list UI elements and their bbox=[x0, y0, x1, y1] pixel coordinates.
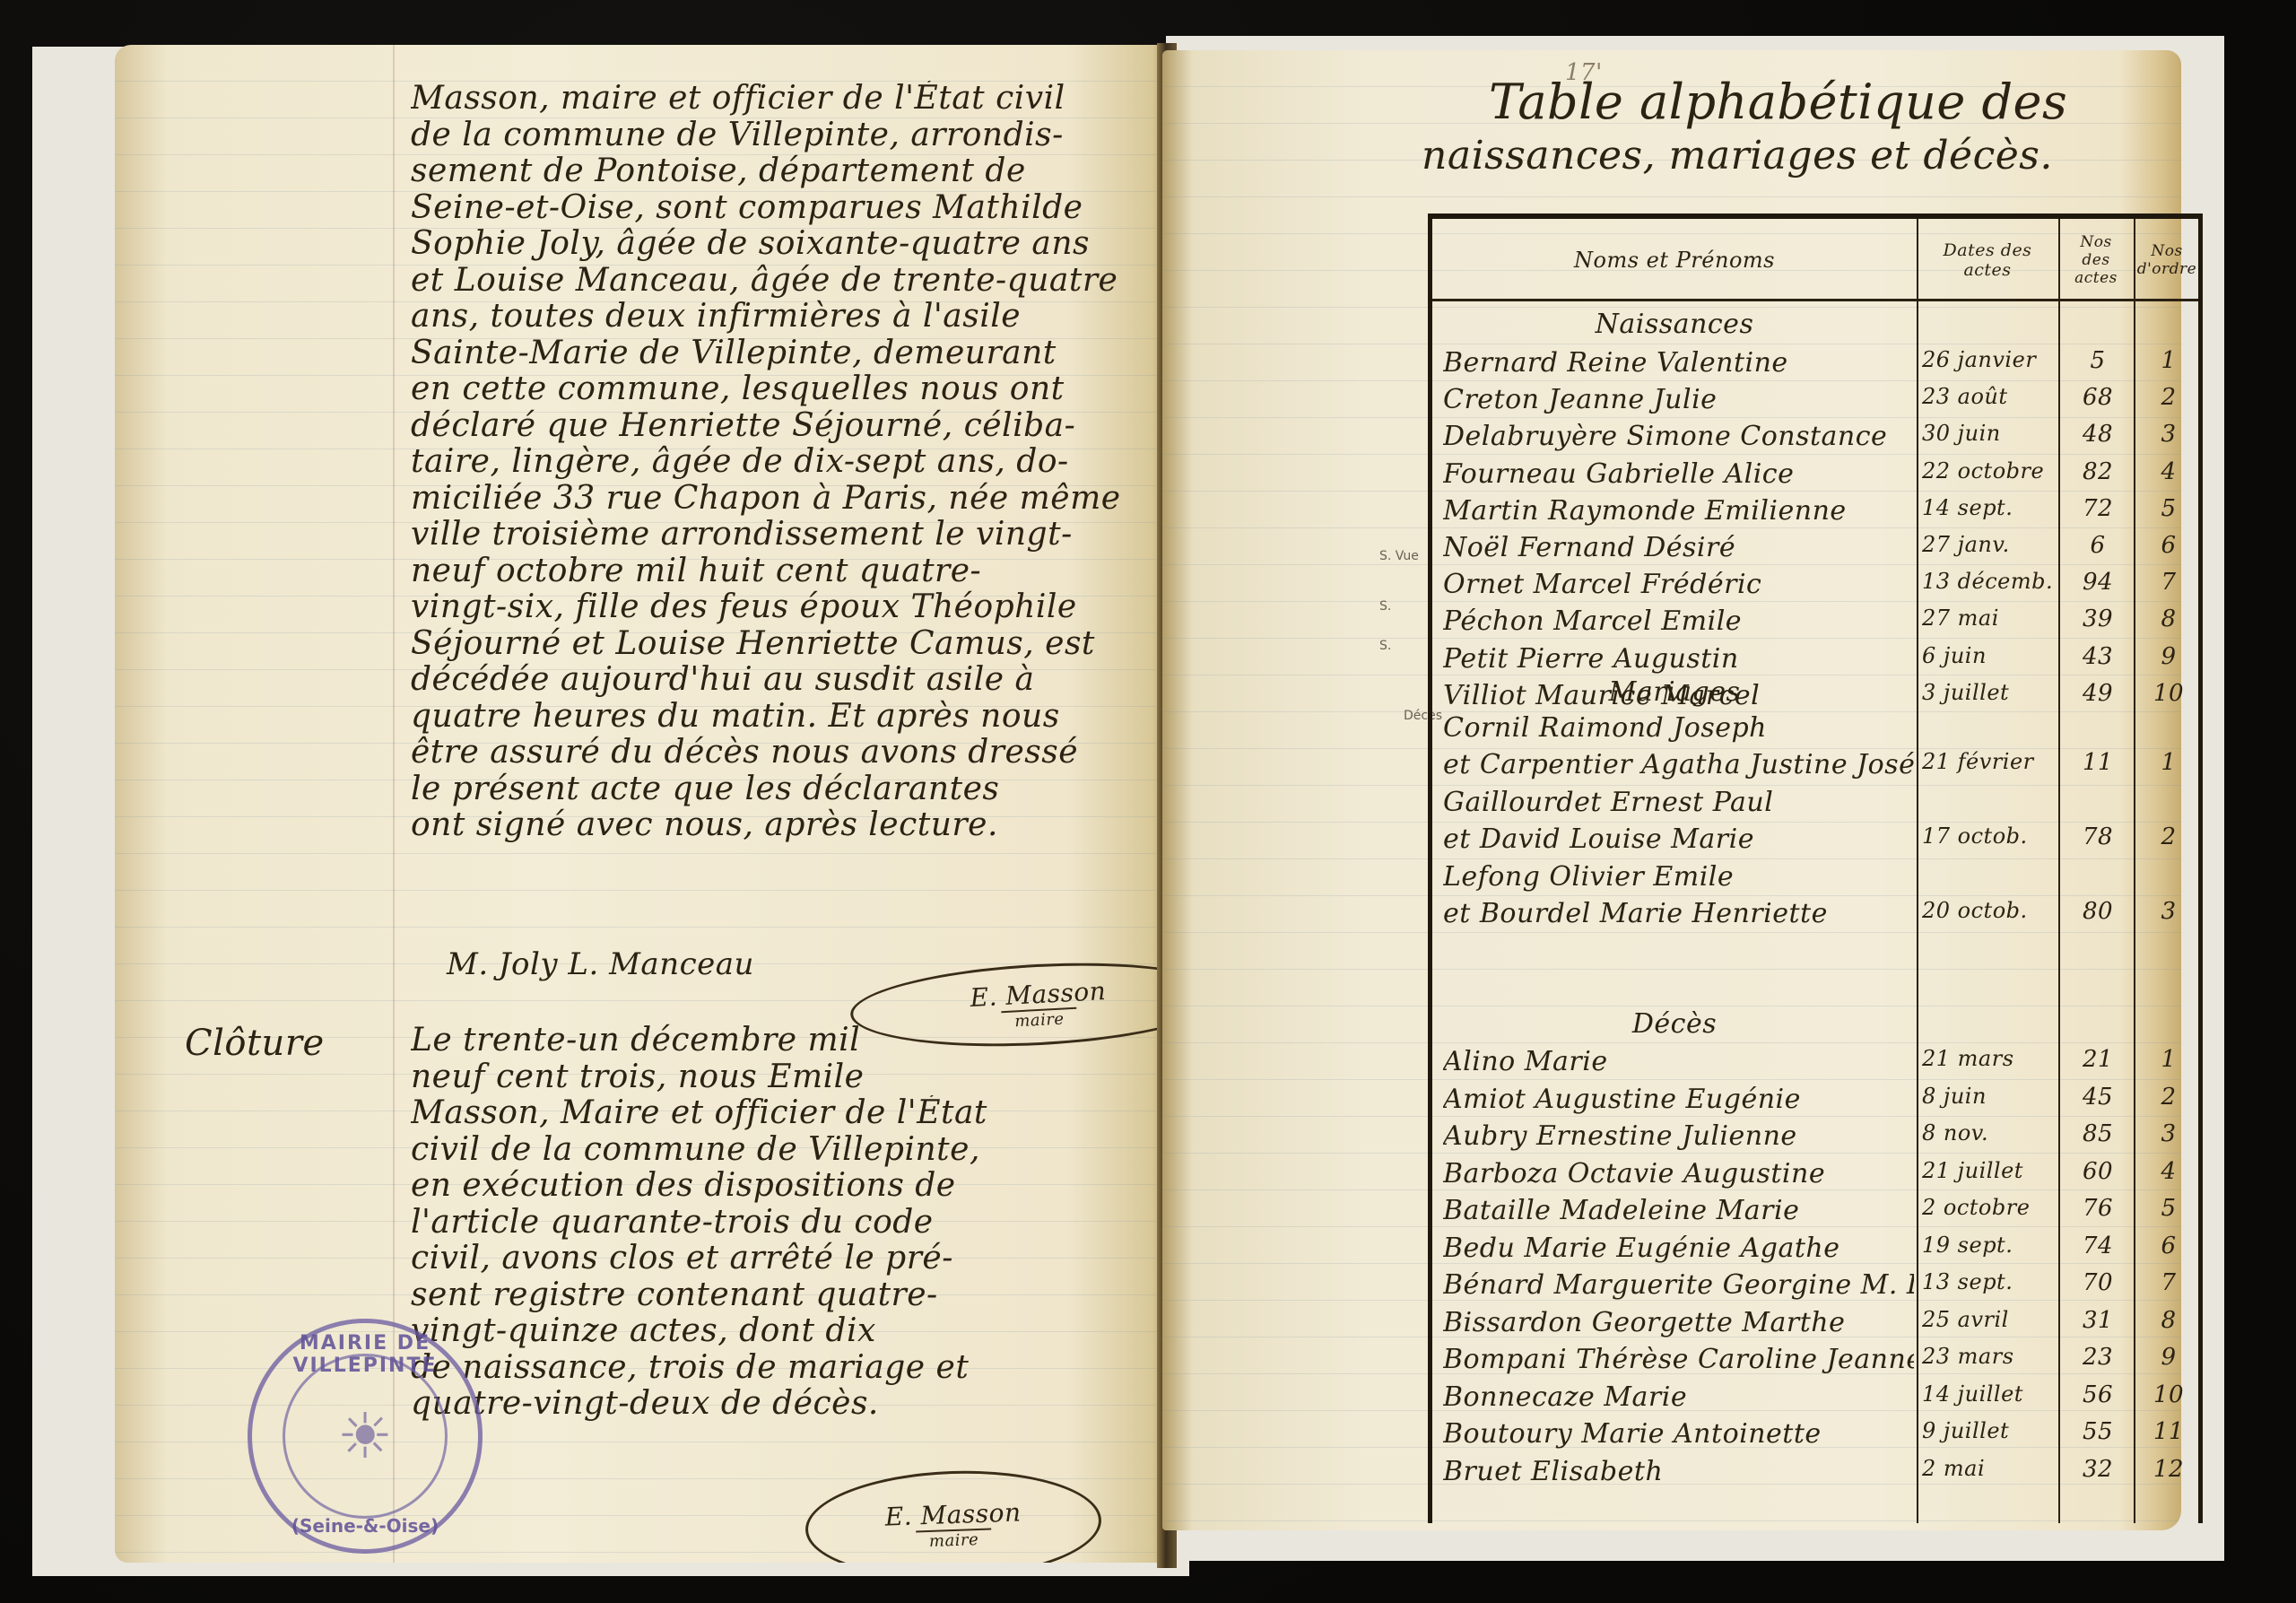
entry-act-number: 49 bbox=[2060, 680, 2135, 707]
entry-name: Lefong Olivier Emile bbox=[1443, 861, 1914, 893]
entry-name: Bruet Elisabeth bbox=[1443, 1456, 1914, 1487]
entry-act-number: 70 bbox=[2060, 1269, 2135, 1296]
entry-order-number: 4 bbox=[2137, 458, 2200, 485]
entry-name: Bonnecaze Marie bbox=[1443, 1381, 1914, 1413]
entry-order-number: 3 bbox=[2137, 421, 2200, 448]
entry-date: 13 sept. bbox=[1922, 1269, 2055, 1294]
entry-date: 26 janvier bbox=[1922, 347, 2055, 372]
entry-order-number: 9 bbox=[2137, 1344, 2200, 1371]
act-line: et Louise Manceau, âgée de trente-quatre bbox=[411, 263, 1155, 300]
table-row: Delabruyère Simone Constance30 juin483 bbox=[1432, 421, 2198, 457]
entry-date: 9 juillet bbox=[1922, 1418, 2055, 1443]
entry-date: 23 août bbox=[1922, 384, 2055, 409]
table-row: Ornet Marcel Frédéric13 décemb.947 bbox=[1432, 569, 2198, 605]
cloture-margin-label: Clôture bbox=[185, 1023, 325, 1064]
entry-act-number: 48 bbox=[2060, 421, 2135, 448]
act-line: ont signé avec nous, après lecture. bbox=[411, 807, 1155, 844]
entry-name: Gaillourdet Ernest Paul bbox=[1443, 787, 1914, 818]
entry-act-number: 60 bbox=[2060, 1158, 2135, 1185]
act-line: quatre heures du matin. Et après nous bbox=[411, 699, 1155, 736]
entry-date: 13 décemb. bbox=[1922, 569, 2055, 594]
table-row: Noël Fernand Désiré27 janv.66 bbox=[1432, 532, 2198, 568]
entry-name: Bedu Marie Eugénie Agathe bbox=[1443, 1233, 1914, 1264]
act-line: ans, toutes deux infirmières à l'asile bbox=[411, 299, 1155, 335]
table-row: Barboza Octavie Augustine21 juillet604 bbox=[1432, 1158, 2198, 1194]
table-row: Bernard Reine Valentine26 janvier51 bbox=[1432, 347, 2198, 383]
act-line: déclaré que Henriette Séjourné, céliba- bbox=[411, 408, 1155, 445]
act-line: décédée aujourd'hui au susdit asile à bbox=[411, 662, 1155, 699]
header-act-numbers-top: Nos bbox=[2080, 233, 2111, 251]
table-row: Bénard Marguerite Georgine M. L.13 sept.… bbox=[1432, 1269, 2198, 1305]
entry-act-number: 31 bbox=[2060, 1307, 2135, 1334]
entry-name: et Carpentier Agatha Justine Joséphine bbox=[1443, 749, 1914, 780]
entry-name: Ornet Marcel Frédéric bbox=[1443, 569, 1914, 600]
entry-date: 30 juin bbox=[1922, 421, 2055, 446]
entry-name: Petit Pierre Augustin bbox=[1443, 643, 1914, 675]
closure-line: sent registre contenant quatre- bbox=[411, 1277, 1155, 1314]
table-row: et David Louise Marie17 octob.782 bbox=[1432, 823, 2198, 859]
entry-name: Bompani Thérèse Caroline Jeanne bbox=[1443, 1344, 1914, 1375]
entry-date: 2 mai bbox=[1922, 1456, 2055, 1481]
header-act-numbers-bottom: des actes bbox=[2058, 251, 2134, 287]
act-line: sement de Pontoise, département de bbox=[411, 153, 1155, 190]
table-header: Noms et Prénoms Dates des actes Nos des … bbox=[1432, 219, 2198, 301]
entry-date: 6 juin bbox=[1922, 643, 2055, 668]
entry-act-number: 56 bbox=[2060, 1381, 2135, 1408]
table-row: Petit Pierre Augustin6 juin439 bbox=[1432, 643, 2198, 679]
entry-order-number: 2 bbox=[2137, 823, 2200, 850]
entry-date: 22 octobre bbox=[1922, 458, 2055, 484]
index-subtitle: naissances, mariages et décès. bbox=[1422, 133, 2053, 179]
closure-line: de naissance, trois de mariage et bbox=[411, 1350, 1155, 1387]
entry-act-number: 85 bbox=[2060, 1120, 2135, 1147]
town-hall-stamp: MAIRIE DE VILLEPINTE ☀ (Seine-&-Oise) bbox=[248, 1319, 483, 1554]
table-row: Fourneau Gabrielle Alice22 octobre824 bbox=[1432, 458, 2198, 494]
entry-act-number: 76 bbox=[2060, 1195, 2135, 1222]
table-row: Bruet Elisabeth2 mai3212 bbox=[1432, 1456, 2198, 1492]
stamp-bottom-text: (Seine-&-Oise) bbox=[252, 1515, 478, 1537]
closure-line: l'article quarante-trois du code bbox=[411, 1205, 1155, 1241]
act-line: Sainte-Marie de Villepinte, demeurant bbox=[411, 335, 1155, 372]
entry-date: 2 octobre bbox=[1922, 1195, 2055, 1220]
act-line: Seine-et-Oise, sont comparues Mathilde bbox=[411, 190, 1155, 227]
entry-act-number: 39 bbox=[2060, 605, 2135, 632]
entry-act-number: 6 bbox=[2060, 532, 2135, 559]
act-line: neuf octobre mil huit cent quatre- bbox=[411, 553, 1155, 590]
table-row: Amiot Augustine Eugénie8 juin452 bbox=[1432, 1084, 2198, 1119]
entry-name: Creton Jeanne Julie bbox=[1443, 384, 1914, 415]
entry-date: 23 mars bbox=[1922, 1344, 2055, 1369]
entry-order-number: 5 bbox=[2137, 1195, 2200, 1222]
margin-note: S. bbox=[1379, 639, 1391, 653]
entry-act-number: 43 bbox=[2060, 643, 2135, 670]
entry-name: Aubry Ernestine Julienne bbox=[1443, 1120, 1914, 1152]
table-row: Creton Jeanne Julie23 août682 bbox=[1432, 384, 2198, 420]
table-row: et Carpentier Agatha Justine Joséphine21… bbox=[1432, 749, 2198, 785]
entry-name: Bissardon Georgette Marthe bbox=[1443, 1307, 1914, 1338]
table-row: et Bourdel Marie Henriette20 octob.803 bbox=[1432, 898, 2198, 934]
entry-date: 21 juillet bbox=[1922, 1158, 2055, 1183]
act-line: miciliée 33 rue Chapon à Paris, née même bbox=[411, 481, 1155, 518]
entry-name: et David Louise Marie bbox=[1443, 823, 1914, 855]
header-order-numbers-top: Nos bbox=[2151, 242, 2182, 260]
entry-order-number: 6 bbox=[2137, 532, 2200, 559]
entry-act-number: 78 bbox=[2060, 823, 2135, 850]
entry-date: 3 juillet bbox=[1922, 680, 2055, 705]
closure-line: en exécution des dispositions de bbox=[411, 1168, 1155, 1205]
entry-date: 25 avril bbox=[1922, 1307, 2055, 1332]
entry-order-number: 1 bbox=[2137, 347, 2200, 374]
entry-order-number: 5 bbox=[2137, 495, 2200, 522]
entry-order-number: 1 bbox=[2137, 749, 2200, 776]
signature-role: maire bbox=[917, 1529, 992, 1552]
declarant-signatures: M. Joly L. Manceau bbox=[447, 946, 754, 982]
entry-act-number: 21 bbox=[2060, 1046, 2135, 1073]
entry-date: 17 octob. bbox=[1922, 823, 2055, 849]
entry-order-number: 6 bbox=[2137, 1233, 2200, 1259]
entry-name: Boutoury Marie Antoinette bbox=[1443, 1418, 1914, 1450]
closure-line: neuf cent trois, nous Emile bbox=[411, 1059, 1155, 1096]
entry-name: Péchon Marcel Emile bbox=[1443, 605, 1914, 637]
table-row: Lefong Olivier Emile bbox=[1432, 861, 2198, 897]
entry-act-number: 23 bbox=[2060, 1344, 2135, 1371]
entry-date: 14 juillet bbox=[1922, 1381, 2055, 1407]
table-row: Bissardon Georgette Marthe25 avril318 bbox=[1432, 1307, 2198, 1343]
table-row: Martin Raymonde Emilienne14 sept.725 bbox=[1432, 495, 2198, 531]
closure-line: civil, avons clos et arrêté le pré- bbox=[411, 1241, 1155, 1277]
margin-note: S. bbox=[1379, 599, 1391, 614]
entry-order-number: 9 bbox=[2137, 643, 2200, 670]
signature-name: E. Masson bbox=[970, 976, 1107, 1013]
entry-order-number: 12 bbox=[2137, 1456, 2200, 1483]
entry-order-number: 2 bbox=[2137, 1084, 2200, 1111]
act-line: le présent acte que les déclarantes bbox=[411, 771, 1155, 808]
entry-name: Cornil Raimond Joseph bbox=[1443, 712, 1914, 744]
entry-act-number: 68 bbox=[2060, 384, 2135, 411]
section-heading: Naissances bbox=[1432, 309, 1917, 340]
marianne-figure-icon: ☀ bbox=[337, 1399, 394, 1473]
table-row: Bompani Thérèse Caroline Jeanne23 mars23… bbox=[1432, 1344, 2198, 1380]
header-act-numbers: Nos des actes bbox=[2058, 219, 2134, 301]
table-row: Bataille Madeleine Marie2 octobre765 bbox=[1432, 1195, 2198, 1231]
entry-order-number: 4 bbox=[2137, 1158, 2200, 1185]
entry-act-number: 94 bbox=[2060, 569, 2135, 596]
entry-name: Bénard Marguerite Georgine M. L. bbox=[1443, 1269, 1914, 1301]
entry-date: 14 sept. bbox=[1922, 495, 2055, 520]
entry-order-number: 8 bbox=[2137, 605, 2200, 632]
entry-order-number: 3 bbox=[2137, 898, 2200, 925]
act-line: ville troisième arrondissement le vingt- bbox=[411, 517, 1155, 553]
entry-order-number: 10 bbox=[2137, 1381, 2200, 1408]
act-line: vingt-six, fille des feus époux Théophil… bbox=[411, 589, 1155, 626]
header-order-numbers: Nos d'ordre bbox=[2134, 219, 2200, 301]
entry-order-number: 10 bbox=[2137, 680, 2200, 707]
header-dates: Dates des actes bbox=[1917, 219, 2058, 301]
death-act-text: Masson, maire et officier de l'État civi… bbox=[411, 81, 1155, 844]
section-heading: Décès bbox=[1432, 1008, 1917, 1040]
entry-name: Bataille Madeleine Marie bbox=[1443, 1195, 1914, 1226]
entry-date: 21 février bbox=[1922, 749, 2055, 774]
entry-name: Barboza Octavie Augustine bbox=[1443, 1158, 1914, 1189]
closure-text: Le trente-un décembre mil neuf cent troi… bbox=[411, 1023, 1155, 1423]
entry-order-number: 8 bbox=[2137, 1307, 2200, 1334]
entry-date: 19 sept. bbox=[1922, 1233, 2055, 1258]
index-title: Table alphabétique des bbox=[1489, 74, 2067, 130]
act-line: de la commune de Villepinte, arrondis- bbox=[411, 118, 1155, 154]
entry-order-number: 2 bbox=[2137, 384, 2200, 411]
closure-line: vingt-quinze actes, dont dix bbox=[411, 1313, 1155, 1350]
table-row: Gaillourdet Ernest Paul bbox=[1432, 787, 2198, 823]
act-line: Sophie Joly, âgée de soixante-quatre ans bbox=[411, 226, 1155, 263]
margin-note: S. Vue bbox=[1379, 549, 1419, 563]
header-order-numbers-bottom: d'ordre bbox=[2137, 260, 2197, 278]
entry-name: Noël Fernand Désiré bbox=[1443, 532, 1914, 563]
table-row: Cornil Raimond Joseph bbox=[1432, 712, 2198, 748]
entry-date: 21 mars bbox=[1922, 1046, 2055, 1071]
table-row: Péchon Marcel Emile27 mai398 bbox=[1432, 605, 2198, 641]
entry-act-number: 45 bbox=[2060, 1084, 2135, 1111]
entry-order-number: 11 bbox=[2137, 1418, 2200, 1445]
signature-name: E. Masson bbox=[884, 1497, 1022, 1531]
act-line: Masson, maire et officier de l'État civi… bbox=[411, 81, 1155, 118]
act-line: Séjourné et Louise Henriette Camus, est bbox=[411, 626, 1155, 663]
act-line: en cette commune, lesquelles nous ont bbox=[411, 371, 1155, 408]
closure-line: civil de la commune de Villepinte, bbox=[411, 1132, 1155, 1169]
act-line: taire, lingère, âgée de dix-sept ans, do… bbox=[411, 444, 1155, 481]
entry-date: 27 janv. bbox=[1922, 532, 2055, 557]
table-row: Boutoury Marie Antoinette9 juillet5511 bbox=[1432, 1418, 2198, 1454]
closure-line: quatre-vingt-deux de décès. bbox=[411, 1386, 1155, 1423]
entry-act-number: 82 bbox=[2060, 458, 2135, 485]
entry-name: Bernard Reine Valentine bbox=[1443, 347, 1914, 379]
entry-order-number: 7 bbox=[2137, 1269, 2200, 1296]
closure-line: Le trente-un décembre mil bbox=[411, 1023, 1155, 1059]
entry-act-number: 5 bbox=[2060, 347, 2135, 374]
entry-act-number: 74 bbox=[2060, 1233, 2135, 1259]
entry-act-number: 32 bbox=[2060, 1456, 2135, 1483]
entry-date: 27 mai bbox=[1922, 605, 2055, 631]
entry-date: 8 nov. bbox=[1922, 1120, 2055, 1146]
entry-order-number: 7 bbox=[2137, 569, 2200, 596]
entry-date: 8 juin bbox=[1922, 1084, 2055, 1109]
entry-name: Amiot Augustine Eugénie bbox=[1443, 1084, 1914, 1115]
entry-order-number: 3 bbox=[2137, 1120, 2200, 1147]
entry-name: Delabruyère Simone Constance bbox=[1443, 421, 1914, 452]
entry-date: 20 octob. bbox=[1922, 898, 2055, 923]
left-page: Masson, maire et officier de l'État civi… bbox=[115, 45, 1173, 1563]
entry-name: Fourneau Gabrielle Alice bbox=[1443, 458, 1914, 490]
stamp-inner-ring: ☀ bbox=[283, 1354, 448, 1519]
entry-act-number: 80 bbox=[2060, 898, 2135, 925]
entry-name: Alino Marie bbox=[1443, 1046, 1914, 1077]
closure-line: Masson, Maire et officier de l'État bbox=[411, 1095, 1155, 1132]
entry-order-number: 1 bbox=[2137, 1046, 2200, 1073]
act-line: être assuré du décès nous avons dressé bbox=[411, 735, 1155, 771]
entry-act-number: 72 bbox=[2060, 495, 2135, 522]
table-row: Bedu Marie Eugénie Agathe19 sept.746 bbox=[1432, 1233, 2198, 1268]
table-row: Alino Marie21 mars211 bbox=[1432, 1046, 2198, 1082]
table-row: Aubry Ernestine Julienne8 nov.853 bbox=[1432, 1120, 2198, 1156]
entry-name: Martin Raymonde Emilienne bbox=[1443, 495, 1914, 527]
index-table: Noms et Prénoms Dates des actes Nos des … bbox=[1428, 213, 2203, 1523]
entry-name: et Bourdel Marie Henriette bbox=[1443, 898, 1914, 929]
header-names: Noms et Prénoms bbox=[1432, 219, 1917, 301]
entry-act-number: 55 bbox=[2060, 1418, 2135, 1445]
section-heading: Mariages bbox=[1432, 676, 1917, 708]
table-row: Bonnecaze Marie14 juillet5610 bbox=[1432, 1381, 2198, 1417]
entry-act-number: 11 bbox=[2060, 749, 2135, 776]
